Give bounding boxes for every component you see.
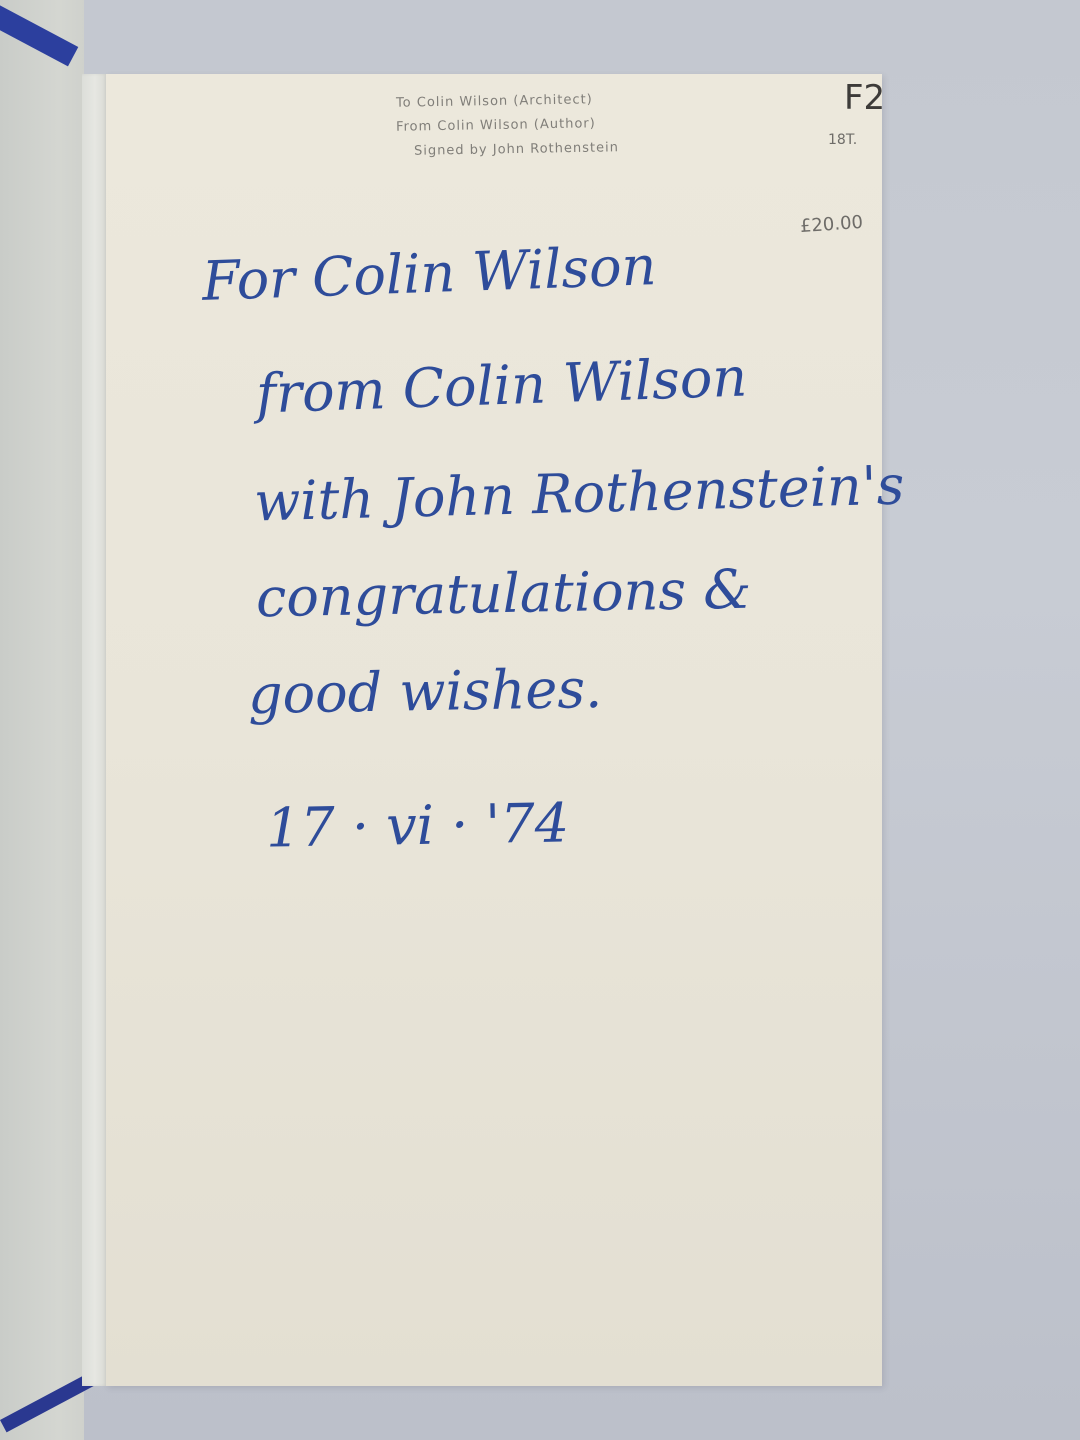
book-hinge-gutter: [82, 74, 108, 1386]
pencil-small-code: 18T.: [828, 132, 857, 148]
photo-scene: To Colin Wilson (Architect) From Colin W…: [0, 0, 1080, 1440]
inscription-line-4: congratulations &: [255, 558, 751, 630]
pencil-note-line-1: To Colin Wilson (Architect): [396, 92, 593, 110]
pencil-stock-code: F2: [844, 78, 885, 118]
endpaper-page: To Colin Wilson (Architect) From Colin W…: [106, 74, 882, 1386]
inscription-line-2: from Colin Wilson: [255, 345, 748, 425]
pencil-note-line-3: Signed by John Rothenstein: [414, 140, 619, 159]
book-front-board: [0, 0, 84, 1440]
pencil-note-line-2: From Colin Wilson (Author): [396, 116, 596, 134]
pencil-price: £20.00: [799, 212, 863, 237]
inscription-line-3: with John Rothenstein's: [253, 453, 905, 533]
inscription-date: 17 · vi · '74: [265, 791, 569, 859]
inscription-line-1: For Colin Wilson: [201, 234, 657, 313]
inscription-line-5: good wishes.: [247, 657, 602, 726]
